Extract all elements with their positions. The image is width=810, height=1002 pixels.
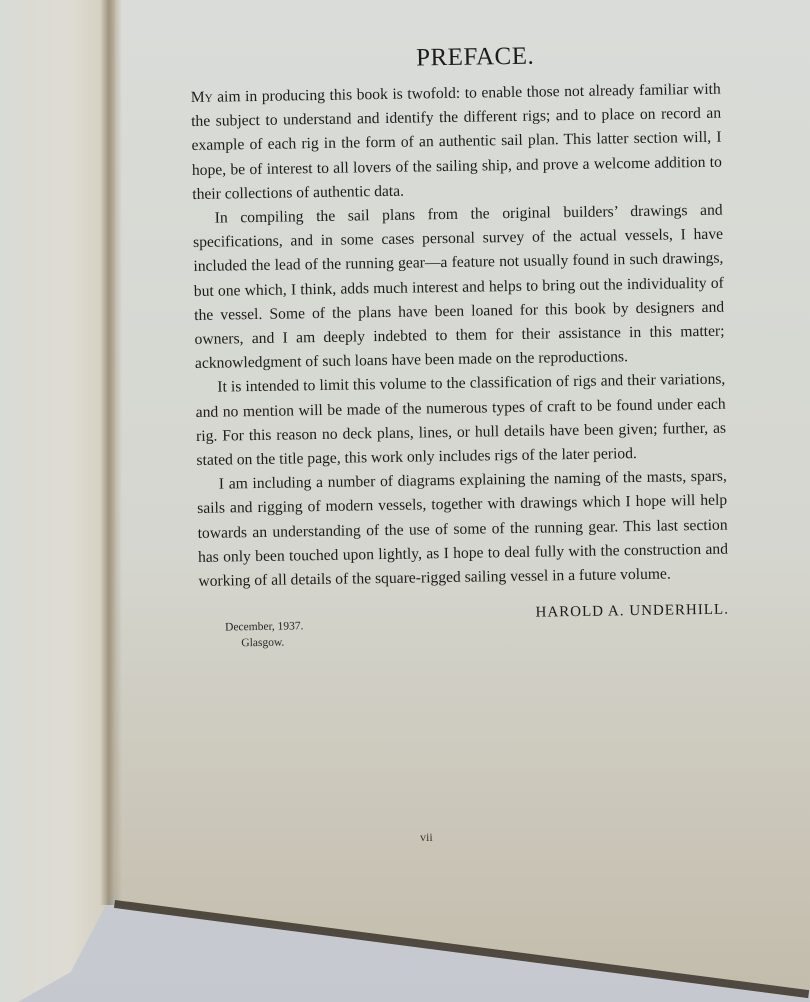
preface-content: PREFACE. My aim in producing this book i…: [190, 40, 730, 671]
author-signature: HAROLD A. UNDERHILL.: [535, 602, 729, 622]
book-spine-gutter: [100, 0, 122, 905]
signature-row: December, 1937. Glasgow. HAROLD A. UNDER…: [199, 602, 730, 670]
paragraph-3: It is intended to limit this volume to t…: [195, 368, 726, 473]
page-number: vii: [420, 830, 433, 845]
paragraph-4: I am including a number of diagrams expl…: [197, 465, 729, 594]
paragraph-1-lead: My: [191, 89, 213, 106]
dateline: December, 1937. Glasgow.: [225, 619, 304, 652]
paragraph-1: My aim in producing this book is twofold…: [191, 78, 723, 207]
dateline-place: Glasgow.: [225, 635, 304, 652]
dateline-date: December, 1937.: [225, 621, 304, 634]
paragraph-1-text: aim in producing this book is twofold: t…: [191, 81, 722, 203]
paragraph-2: In compiling the sail plans from the ori…: [192, 199, 725, 377]
